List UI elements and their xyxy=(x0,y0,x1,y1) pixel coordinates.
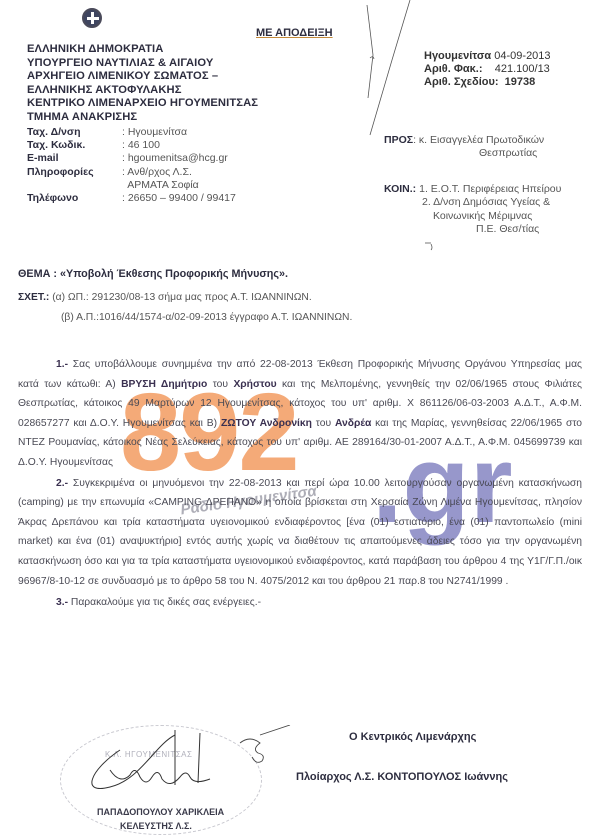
chief-title: Ο Κεντρικός Λιμενάρχης xyxy=(349,731,476,743)
body-text: του xyxy=(312,418,335,429)
draft-number: 19738 xyxy=(505,76,536,88)
cc-block: ΚΟΙΝ.: 1. Ε.Ο.Τ. Περιφέρειας Ηπείρου 2. … xyxy=(384,183,561,236)
body-text: του xyxy=(207,379,233,390)
subject-label: ΘΕΜΑ : xyxy=(18,268,57,280)
contact-value: : Ηγουμενίτσα xyxy=(122,126,187,139)
contact-value: : Ανθ/ρχος Λ.Σ. xyxy=(122,166,192,179)
cc-item: 1. Ε.Ο.Τ. Περιφέρειας Ηπείρου xyxy=(419,183,561,195)
recipient-line: Θεσπρωτίας xyxy=(384,147,544,160)
paragraph-1: 1.- Σας υποβάλλουμε συνημμένα την από 22… xyxy=(18,355,582,473)
related-label: ΣΧΕΤ.: xyxy=(18,292,49,303)
contact-label: E-mail xyxy=(27,152,122,165)
org-line: ΕΛΛΗΝΙΚΗ ΔΗΜΟΚΡΑΤΙΑ xyxy=(27,43,258,57)
file-label: Αριθ. Φακ.: xyxy=(424,63,483,75)
document-date: 04-09-2013 xyxy=(494,50,550,62)
signer-rank: ΚΕΛΕΥΣΤΗΣ Λ.Σ. xyxy=(120,821,192,831)
org-line: ΑΡΧΗΓΕΙΟ ΛΙΜΕΝΙΚΟΥ ΣΩΜΑΤΟΣ – xyxy=(27,70,258,84)
phone-value: : 26650 – 99400 / 99417 xyxy=(122,192,236,205)
contact-label: Τηλέφωνο xyxy=(27,192,122,205)
accused-name: ΖΩΤΟΥ Ανδρονίκη xyxy=(221,418,312,429)
contact-details: Ταχ. Δ/νση: Ηγουμενίτσα Ταχ. Κωδικ.: 46 … xyxy=(27,126,236,205)
paragraph-number: 3.- xyxy=(56,597,68,608)
body-text: Παρακαλούμε για τις δικές σας ενέργειες.… xyxy=(68,597,261,608)
related-references: ΣΧΕΤ.: (α) ΩΠ.: 291230/08-13 σήμα μας πρ… xyxy=(18,288,352,328)
contact-label xyxy=(27,179,122,192)
recipient-line: : κ. Εισαγγελέα Πρωτοδικών xyxy=(413,134,544,146)
org-line: ΚΕΝΤΡΙΚΟ ΛΙΜΕΝΑΡΧΕΙΟ ΗΓΟΥΜΕΝΙΤΣΑΣ xyxy=(27,97,258,111)
related-item: (α) ΩΠ.: 291230/08-13 σήμα μας προς Α.Τ.… xyxy=(52,292,311,303)
document-reference: Ηγουμενίτσα 04-09-2013 Αριθ. Φακ.: 421.1… xyxy=(424,50,551,89)
draft-label: Αριθ. Σχεδίου: xyxy=(424,76,499,88)
paragraph-2: 2.- Συγκεκριμένα οι μηνυόμενοι την 22-08… xyxy=(18,474,582,592)
chief-name: Πλοίαρχος Λ.Σ. ΚΟΝΤΟΠΟΥΛΟΣ Ιωάννης xyxy=(296,771,508,783)
contact-value: ΑΡΜΑΤΑ Σοφία xyxy=(122,179,199,192)
cc-item: Κοινωνικής Μέριμνας xyxy=(384,210,561,223)
org-line: ΤΜΗΜΑ ΑΝΑΚΡΙΣΗΣ xyxy=(27,111,258,125)
email-value: : hgoumenitsa@hcg.gr xyxy=(122,152,228,165)
org-line: ΥΠΟΥΡΓΕΙΟ ΝΑΥΤΙΛΙΑΣ & ΑΙΓΑΙΟΥ xyxy=(27,57,258,71)
cc-item: Π.Ε. Θεσ/τίας xyxy=(384,223,561,236)
contact-value: : 46 100 xyxy=(122,139,160,152)
father-name: Ανδρέα xyxy=(335,418,371,429)
paragraph-3: 3.- Παρακαλούμε για τις δικές σας ενέργε… xyxy=(18,593,582,613)
paragraph-number: 1.- xyxy=(56,359,68,370)
greek-coat-of-arms-icon xyxy=(82,8,102,28)
body-text: Συγκεκριμένα οι μηνυόμενοι την 22-08-201… xyxy=(18,478,582,587)
left-signature-block: Κ.Λ. ΗΓΟΥΜΕΝΙΤΣΑΣ ΠΑΠΑΔΟΠΟΥΛΟΥ ΧΑΡΙΚΛΕΙΑ… xyxy=(60,725,260,835)
receipt-notice: ΜΕ ΑΠΟΔΕΙΞΗ xyxy=(256,27,333,39)
related-item: (β) Α.Π.:1016/44/1574-α/02-09-2013 έγγρα… xyxy=(18,308,352,328)
accused-name: ΒΡΥΣΗ Δημήτριο xyxy=(121,379,207,390)
paragraph-number: 2.- xyxy=(56,478,68,489)
subject-line: ΘΕΜΑ : «Υποβολή Έκθεσης Προφορικής Μήνυσ… xyxy=(18,268,288,280)
contact-label: Ταχ. Κωδικ. xyxy=(27,139,122,152)
contact-label: Ταχ. Δ/νση xyxy=(27,126,122,139)
cc-item: 2. Δ/νση Δημόσιας Υγείας & xyxy=(384,196,561,209)
father-name: Χρήστου xyxy=(233,379,276,390)
organization-header: ΕΛΛΗΝΙΚΗ ΔΗΜΟΚΡΑΤΙΑ ΥΠΟΥΡΓΕΙΟ ΝΑΥΤΙΛΙΑΣ … xyxy=(27,43,258,124)
subject-text: «Υποβολή Έκθεσης Προφορικής Μήνυσης». xyxy=(60,268,288,280)
place: Ηγουμενίτσα xyxy=(424,50,491,62)
contact-label: Πληροφορίες xyxy=(27,166,122,179)
recipient-label: ΠΡΟΣ xyxy=(384,134,413,146)
signer-name: ΠΑΠΑΔΟΠΟΥΛΟΥ ΧΑΡΙΚΛΕΙΑ xyxy=(97,807,224,817)
cc-label: ΚΟΙΝ.: xyxy=(384,183,416,195)
document-body: 1.- Σας υποβάλλουμε συνημμένα την από 22… xyxy=(18,355,582,613)
file-number: 421.100/13 xyxy=(495,63,550,75)
org-line: ΕΛΛΗΝΙΚΗΣ ΑΚΤΟΦΥΛΑΚΗΣ xyxy=(27,84,258,98)
handwritten-signature-icon xyxy=(60,725,300,835)
recipient-block: ΠΡΟΣ: κ. Εισαγγελέα Πρωτοδικών Θεσπρωτία… xyxy=(384,134,544,160)
